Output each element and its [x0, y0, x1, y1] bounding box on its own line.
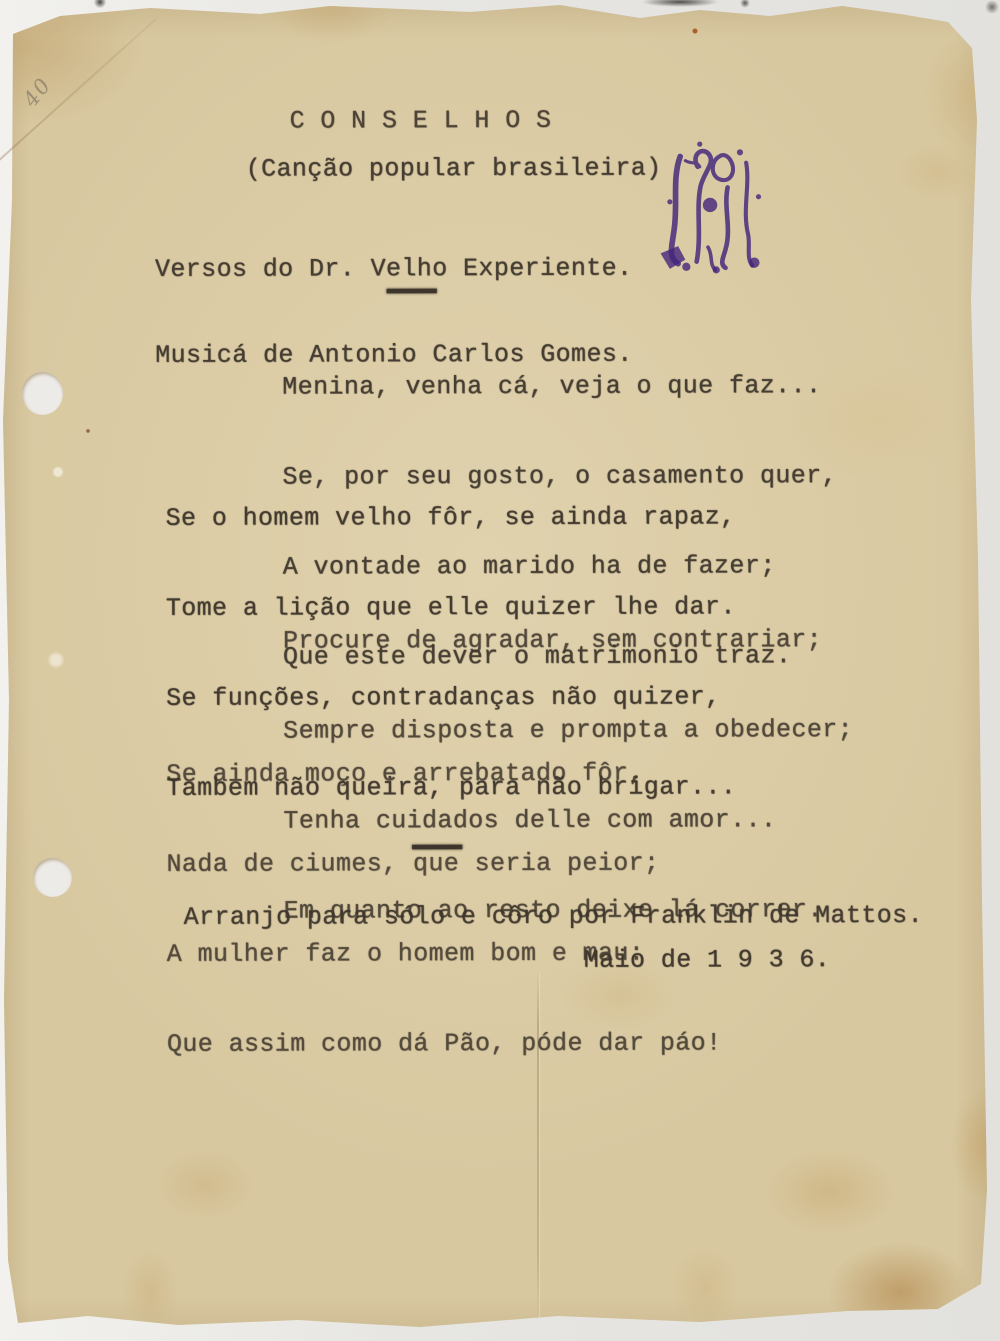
document-subtitle: (Canção popular brasileira) [246, 154, 662, 185]
divider-dash: — [412, 819, 462, 874]
purple-ink-stamp-monogram [648, 140, 768, 274]
date-line: Maio de 1 9 3 6. [584, 945, 831, 976]
poem-line: Que assim como dá Pão, póde dar páo! [167, 1028, 722, 1059]
typed-divider-bottom: — [412, 832, 427, 861]
divider-dash: — [387, 263, 437, 318]
poem-line: Se ainda moço e arrebatado fôr, [166, 758, 721, 789]
arrangement-credit: Arranjo para sólo e côro por Franklin de… [184, 901, 923, 933]
typed-divider-top: — [387, 276, 402, 305]
poem-line: Menina, venha cá, veja o que faz... [282, 371, 837, 402]
document-title: C O N S E L H O S [290, 106, 552, 137]
poem-line: Procure de agradar, sem contrariar; [283, 625, 853, 656]
typed-text-layer: C O N S E L H O S (Canção popular brasil… [0, 0, 1000, 1341]
poem-line: Se o homem velho fôr, se ainda rapaz, [166, 502, 736, 533]
